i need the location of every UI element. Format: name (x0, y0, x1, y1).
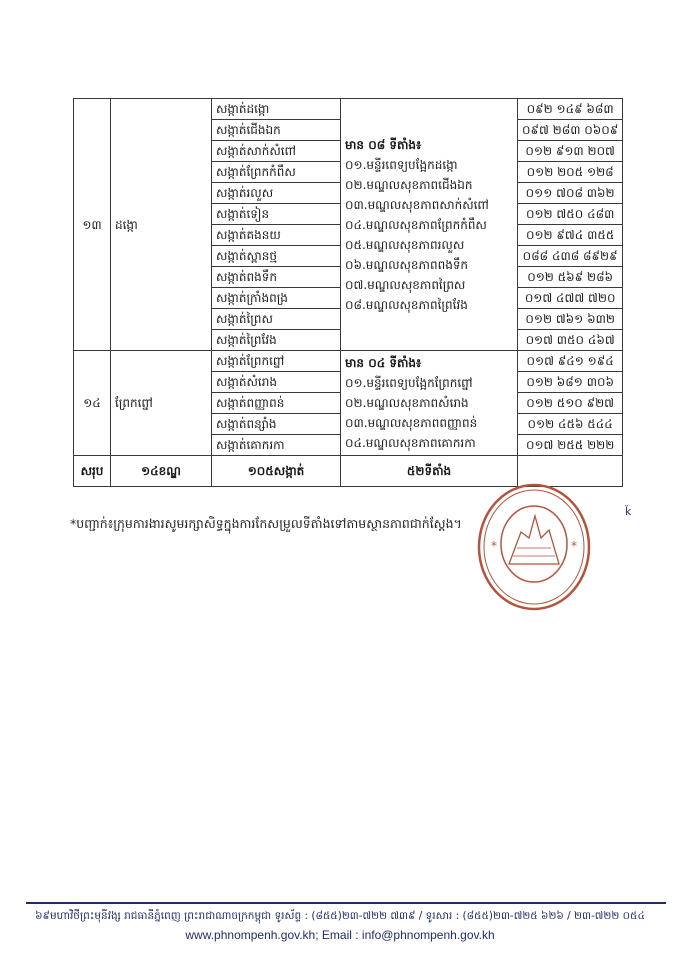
facilities-cell: មាន ០៤ ទីតាំង៖០១.មន្ទីរពេទ្យបង្អែកព្រែកព… (341, 351, 518, 456)
commune-name: សង្កាត់គងនយ (212, 225, 341, 246)
commune-name: សង្កាត់សាក់សំពៅ (212, 141, 341, 162)
commune-name: សង្កាត់ពងទឹក (212, 267, 341, 288)
initial-mark: ǩ (625, 505, 631, 518)
commune-name: សង្កាត់ស្ពានថ្ម (212, 246, 341, 267)
phone-number: ០១៧ ២៥៥ ២២២ (518, 435, 623, 456)
district-number: ១៤ (74, 351, 111, 456)
facility-item: ០៨.មណ្ឌលសុខភាពព្រៃវែង (345, 295, 513, 315)
commune-name: សង្កាត់ទៀន (212, 204, 341, 225)
phone-number: ០១២ ៧៥០ ៤៨៣ (518, 204, 623, 225)
phone-number: ០១២ ៤៥៦ ៥៤៤ (518, 414, 623, 435)
phone-number: ០៩២ ១៤៩ ៦៨៣ (518, 99, 623, 120)
phone-number: ០១៧ ៩៤១ ១៩៤ (518, 351, 623, 372)
facility-item: ០៤.មណ្ឌលសុខភាពគោករកា (345, 433, 513, 453)
facility-item: ០៦.មណ្ឌលសុខភាពពងទឹក (345, 255, 513, 275)
table-row: ១៣ដង្កោសង្កាត់ដង្កោមាន ០៨ ទីតាំង៖០១.មន្ទ… (74, 99, 623, 120)
facility-item: ០៥.មណ្ឌលសុខភាពរលួស (345, 235, 513, 255)
district-number: ១៣ (74, 99, 111, 351)
facility-item: ០៧.មណ្ឌលសុខភាពព្រៃស (345, 275, 513, 295)
phone-number: ០១២ ៥៦៩ ២៨៦ (518, 267, 623, 288)
phone-number: ០១២ ២០៥ ១២៨ (518, 162, 623, 183)
facility-item: ០១.មន្ទីរពេទ្យបង្អែកព្រែកព្នៅ (345, 373, 513, 393)
footer-address: ៦៩មហាវិថីព្រះមុនីវង្ស រាជធានីភ្នំពេញ ព្រ… (0, 910, 680, 925)
commune-name: សង្កាត់ព្រៃស (212, 309, 341, 330)
phone-number: ០៨៨ ៤៣៨ ៨៩២៩ (518, 246, 623, 267)
facility-item: ០៣.មណ្ឌលសុខភាពសាក់សំពៅ (345, 195, 513, 215)
total-districts: ១៤ខណ្ឌ (111, 456, 212, 487)
phone-number: ០១១ ៧០៨ ៣៦២ (518, 183, 623, 204)
commune-name: សង្កាត់ពន្សាំង (212, 414, 341, 435)
phone-number: ០១២ ៩៧៤ ៣៥៥ (518, 225, 623, 246)
table-row: ១៤ព្រែកព្នៅសង្កាត់ព្រែកព្នៅមាន ០៤ ទីតាំង… (74, 351, 623, 372)
total-communes: ១០៥សង្កាត់ (212, 456, 341, 487)
svg-text:*: * (571, 539, 577, 553)
facilities-count: មាន ០៤ ទីតាំង៖ (345, 353, 513, 373)
facility-item: ០៤.មណ្ឌលសុខភាពព្រែកកំពឹស (345, 215, 513, 235)
commune-name: សង្កាត់ពញ្ញាពន់ (212, 393, 341, 414)
facility-item: ០២.មណ្ឌលសុខភាពសំរោង (345, 393, 513, 413)
commune-name: សង្កាត់រលួស (212, 183, 341, 204)
svg-text:*: * (491, 539, 497, 553)
district-name: ដង្កោ (111, 99, 212, 351)
phone-number: ០១៧ ៤៧៧ ៧២០ (518, 288, 623, 309)
commune-name: សង្កាត់ដង្កោ (212, 99, 341, 120)
commune-name: សង្កាត់ជើងឯក (212, 120, 341, 141)
district-name: ព្រែកព្នៅ (111, 351, 212, 456)
facility-item: ០២.មណ្ឌលសុខភាពជើងឯក (345, 175, 513, 195)
facilities-count: មាន ០៨ ទីតាំង៖ (345, 135, 513, 155)
official-seal-icon: * * (477, 482, 592, 612)
facility-item: ០៣.មណ្ឌលសុខភាពពញ្ញាពន់ (345, 413, 513, 433)
phone-number: ០១២ ៦៨១ ៣០៦ (518, 372, 623, 393)
phone-number: ០១២ ៥១០ ៩២៧ (518, 393, 623, 414)
footer-divider (26, 902, 666, 904)
facility-item: ០១.មន្ទីរពេទ្យបង្អែកដង្កោ (345, 155, 513, 175)
phone-number: ០១២ ៧៦១ ៦៣២ (518, 309, 623, 330)
phone-number: ០១៧ ៣៥០ ៤៦៧ (518, 330, 623, 351)
commune-name: សង្កាត់ព្រែកព្នៅ (212, 351, 341, 372)
commune-name: សង្កាត់គោករកា (212, 435, 341, 456)
footnote: *បញ្ជាក់៖ក្រុមការងារសូមរក្សាសិទ្ធក្នុងកា… (70, 516, 462, 535)
facilities-cell: មាន ០៨ ទីតាំង៖០១.មន្ទីរពេទ្យបង្អែកដង្កោ០… (341, 99, 518, 351)
health-facilities-table: ១៣ដង្កោសង្កាត់ដង្កោមាន ០៨ ទីតាំង៖០១.មន្ទ… (73, 98, 623, 487)
total-label: សរុប (74, 456, 111, 487)
commune-name: សង្កាត់ក្រាំងពង្រ (212, 288, 341, 309)
footer-web-email: www.phnompenh.gov.kh; Email : info@phnom… (0, 928, 680, 942)
phone-number: ០១២ ៩១៣ ២០៧ (518, 141, 623, 162)
commune-name: សង្កាត់ព្រែកកំពឹស (212, 162, 341, 183)
phone-number: ០៩៧ ២៨៣ ០៦០៩ (518, 120, 623, 141)
commune-name: សង្កាត់ព្រៃវែង (212, 330, 341, 351)
commune-name: សង្កាត់សំរោង (212, 372, 341, 393)
